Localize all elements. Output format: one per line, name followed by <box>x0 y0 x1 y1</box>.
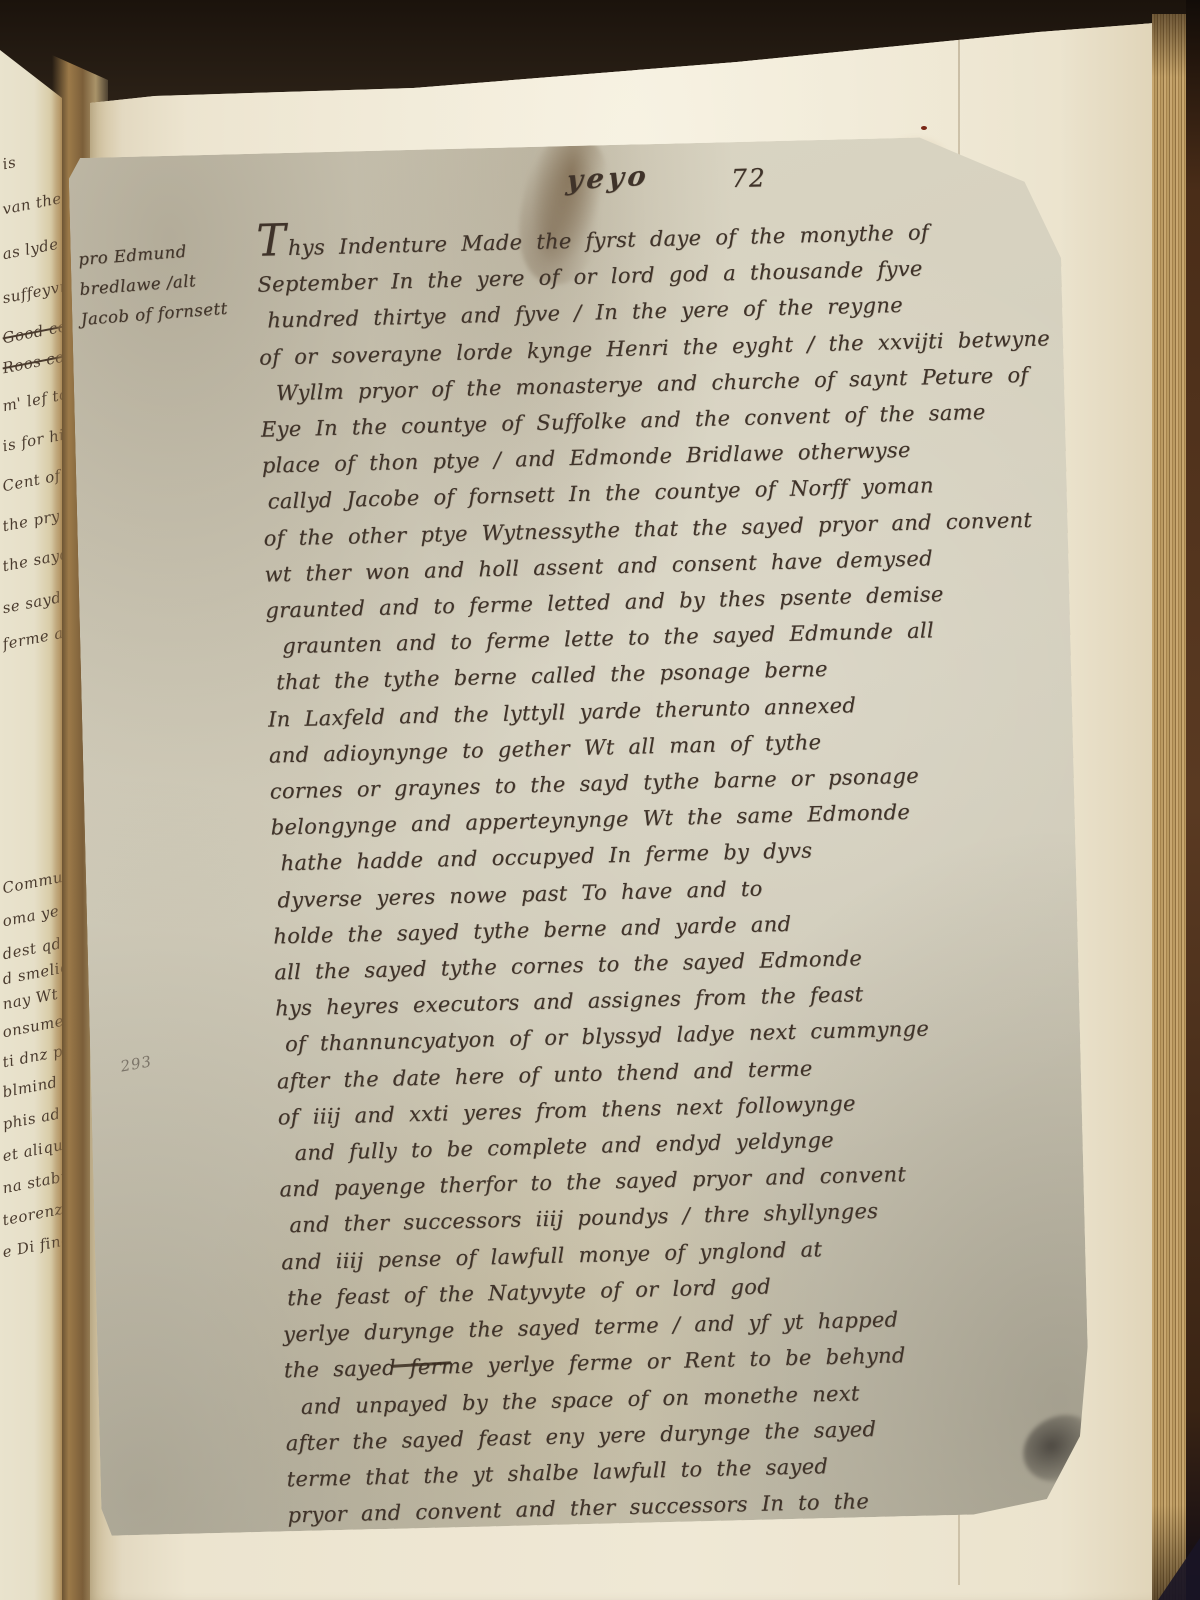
pencil-foliation: 293 <box>119 1052 153 1075</box>
heading-flourish: yeyo <box>565 161 652 197</box>
manuscript-photo: isvan theas lyde bysuffeyvnteGood coRoos… <box>0 0 1200 1600</box>
manuscript-leaf: yeyo 72 pro Edmundbredlawe /altJacob of … <box>68 134 1091 1536</box>
margin-note-line: Jacob of fornsett <box>80 299 160 335</box>
folio-number: 72 <box>731 163 768 193</box>
red-ink-speck <box>921 126 927 130</box>
text-block: Thys Indenture Made the fyrst daye of th… <box>256 204 1088 1533</box>
book-board-edge <box>1186 0 1200 1600</box>
margin-note: pro Edmundbredlawe /altJacob of fornsett <box>78 236 267 334</box>
